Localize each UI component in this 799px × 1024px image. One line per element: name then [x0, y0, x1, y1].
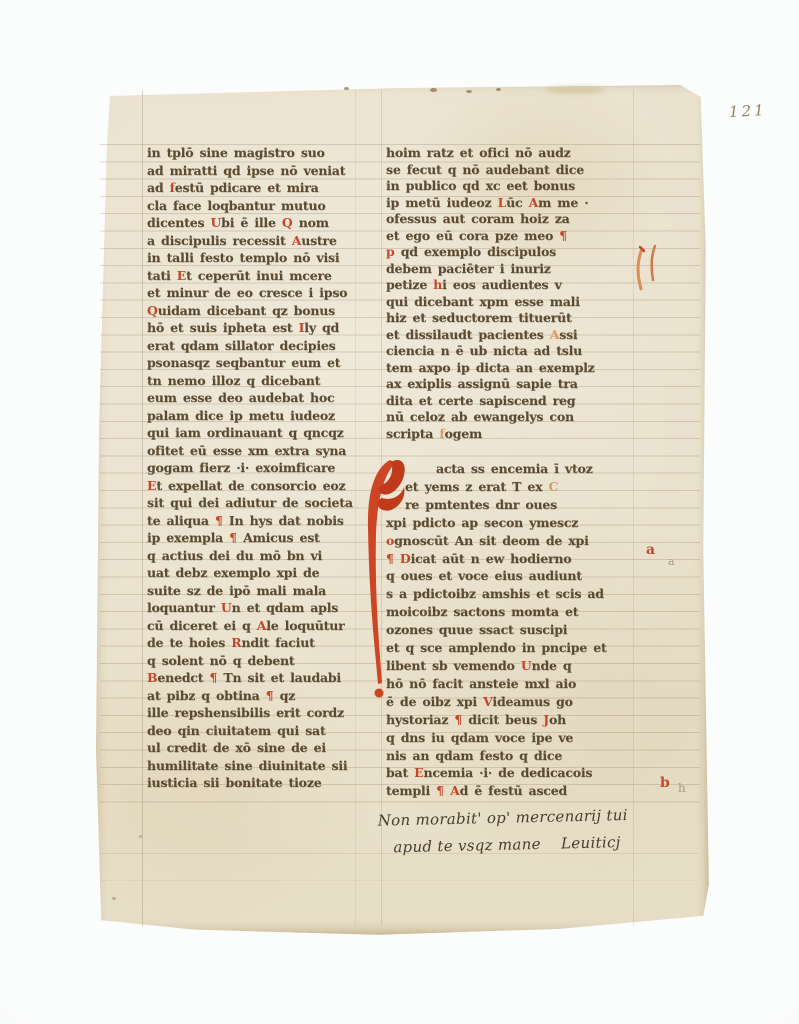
text-segment: B: [147, 670, 157, 685]
margin-paraph-icon: [633, 243, 665, 295]
edge-speck: [112, 897, 116, 900]
text-segment: t ceperūt inui mcere: [186, 268, 332, 283]
text-segment: ip exempla: [147, 530, 229, 545]
illuminated-initial-f-icon: [357, 452, 409, 704]
text-segment: enedct: [157, 670, 209, 685]
manuscript-line: ofitet eū esse xm extra syna: [147, 442, 379, 460]
manuscript-line: ciencia n ē ub nicta ad tslu: [386, 343, 638, 360]
text-segment: psonasqz seqbantur eum et: [147, 355, 340, 370]
text-segment: ¶: [215, 513, 223, 528]
text-segment: ax exiplis assignū sapie tra: [386, 376, 578, 391]
text-segment: xpi pdicto ap secon ymescz: [386, 515, 578, 530]
manuscript-line: scripta fogem: [386, 426, 638, 443]
text-segment: n et qdam apls: [232, 600, 339, 615]
text-segment: tn nemo illoz q dicebant: [147, 373, 320, 388]
text-segment: templi: [386, 783, 436, 798]
manuscript-line: deo qin ciuitatem qui sat: [147, 722, 379, 740]
text-segment: C: [549, 479, 559, 494]
manuscript-line: dita et certe sapiscend reg: [386, 393, 638, 410]
manuscript-line: se fecut q nō audebant dice: [386, 162, 638, 179]
text-segment: bat: [386, 765, 414, 780]
text-segment: deo qin ciuitatem qui sat: [147, 723, 326, 738]
edge-stain: [545, 86, 605, 94]
text-segment: hō nō facit ansteie mxl aio: [386, 676, 576, 691]
manuscript-line: et q sce amplendo in pncipe et: [386, 639, 638, 657]
manuscript-line: et dissilaudt pacientes Assi: [386, 327, 638, 344]
manuscript-line: ille repshensibilis erit cordz: [147, 704, 379, 722]
text-segment: debem paciēter i inuriz: [386, 261, 551, 276]
manuscript-line: re pmtentes dnr oues: [405, 496, 638, 514]
manuscript-line: psonasqz seqbantur eum et: [147, 354, 379, 372]
manuscript-line: q dns iu qdam voce ipe ve: [386, 729, 638, 747]
manuscript-line: sit qui dei adiutur de societa: [147, 494, 379, 512]
margin-letter-b-faint: h: [678, 781, 686, 795]
text-segment: qd exemplo discipulos: [395, 244, 556, 259]
left-margin-ruling: [142, 90, 143, 926]
text-segment: re pmtentes dnr oues: [405, 497, 557, 512]
manuscript-line: ad miratti qd ipse nō veniat: [147, 162, 379, 180]
text-segment: t expellat de consorcio eoz: [156, 478, 345, 493]
manuscript-line: libent sb vemendo Unde q: [386, 657, 638, 675]
text-segment: hystoriaz: [386, 712, 454, 727]
text-segment: bi ē ille: [221, 215, 282, 230]
text-segment: d ē festū asced: [460, 783, 567, 798]
text-segment: se fecut q nō audebant dice: [386, 162, 584, 177]
manuscript-line: qui iam ordinauant q qncqz: [147, 424, 379, 442]
text-segment: ad: [147, 180, 170, 195]
text-segment: humilitate sine diuinitate sii: [147, 758, 347, 773]
manuscript-line: ozones quue ssact suscipi: [386, 621, 638, 639]
manuscript-line: ip exempla ¶ Amicus est: [147, 529, 379, 547]
text-segment: cū diceret ei q: [147, 618, 257, 633]
manuscript-line: acta ss encemia ī vtoz: [436, 460, 638, 478]
text-segment: U: [521, 658, 532, 673]
text-segment: in talli festo templo nō visi: [147, 250, 339, 265]
text-segment: ideamus go: [492, 694, 572, 709]
manuscript-line: dicentes Ubi ē ille Q nom: [147, 214, 379, 232]
manuscript-line: q solent nō q debent: [147, 652, 379, 670]
manuscript-line: ofessus aut coram hoiz za: [386, 211, 638, 228]
manuscript-line: ip metū iudeoz Lūc Am me ·: [386, 195, 638, 212]
text-segment: le loquūtur: [266, 618, 344, 633]
text-segment: q solent nō q debent: [147, 653, 295, 668]
text-segment: U: [210, 215, 221, 230]
right-text-column-upper: hoim ratz et ofici nō audzse fecut q nō …: [386, 145, 638, 442]
manuscript-line: nis an qdam festo q dice: [386, 747, 638, 765]
text-segment: V: [483, 694, 492, 709]
manuscript-line: et minur de eo cresce i ipso: [147, 284, 379, 302]
manuscript-line: q oues et voce eius audiunt: [386, 567, 638, 585]
text-segment: q dns iu qdam voce ipe ve: [386, 730, 573, 745]
lower-frame-ruling-2: [100, 880, 698, 881]
text-segment: hoim ratz et ofici nō audz: [386, 145, 571, 160]
text-segment: A: [550, 327, 560, 342]
manuscript-line: et ego eū cora pze meo ¶: [386, 228, 638, 245]
text-segment: hiz et seductorem tituerūt: [386, 310, 572, 325]
text-segment: icat aūt n ew hodierno: [411, 551, 572, 566]
margin-letter-b: b: [660, 775, 670, 791]
manuscript-line: nū celoz ab ewangelys con: [386, 409, 638, 426]
text-segment: q actius dei du mō bn vi: [147, 548, 322, 563]
manuscript-line: humilitate sine diuinitate sii: [147, 757, 379, 775]
text-segment: te aliqua: [147, 513, 215, 528]
text-segment: E: [177, 268, 186, 283]
manuscript-line: hō et suis ipheta est Ily qd: [147, 319, 379, 337]
text-segment: ūc: [506, 195, 528, 210]
text-segment: L: [498, 195, 507, 210]
text-segment: ssi: [559, 327, 577, 342]
text-segment: ille repshensibilis erit cordz: [147, 705, 344, 720]
manuscript-line: p qd exemplo discipulos: [386, 244, 638, 261]
text-segment: ip metū iudeoz: [386, 195, 498, 210]
text-segment: hō et suis ipheta est: [147, 320, 299, 335]
margin-letter-a-faint: a: [668, 555, 675, 568]
text-segment: ¶: [454, 712, 462, 727]
text-segment: In hys dat nobis: [223, 513, 344, 528]
text-segment: A: [257, 618, 267, 633]
manuscript-line: tati Et ceperūt inui mcere: [147, 267, 379, 285]
manuscript-line: gogam fierz ·i· exoimficare: [147, 459, 379, 477]
manuscript-line: eum esse deo audebat hoc: [147, 389, 379, 407]
text-segment: moicoibz sactons momta et: [386, 604, 578, 619]
text-segment: ustre: [301, 233, 336, 248]
manuscript-line: debem paciēter i inuriz: [386, 261, 638, 278]
manuscript-line: xpi pdicto ap secon ymescz: [386, 514, 638, 532]
right-text-column-lower: acta ss encemia ī vtozet yems z erat T e…: [386, 460, 638, 800]
text-segment: et minur de eo cresce i ipso: [147, 285, 347, 300]
text-segment: E: [147, 478, 156, 493]
text-segment: ozones quue ssact suscipi: [386, 622, 567, 637]
manuscript-line: qui dicebant xpm esse mali: [386, 294, 638, 311]
text-segment: et yems z erat T ex: [405, 479, 549, 494]
manuscript-line: ¶ Dicat aūt n ew hodierno: [386, 550, 638, 568]
edge-speck: [466, 90, 472, 93]
manuscript-line: templi ¶ Ad ē festū asced: [386, 782, 638, 800]
text-segment: A: [450, 783, 460, 798]
edge-speck: [139, 835, 142, 838]
text-segment: i eos audientes v: [442, 277, 561, 292]
margin-letter-a: a: [646, 542, 655, 558]
manuscript-line: s a pdictoibz amshis et scis ad: [386, 585, 638, 603]
text-segment: ul credit de xō sine de ei: [147, 740, 326, 755]
manuscript-line: suite sz de ipō mali mala: [147, 582, 379, 600]
manuscript-line: at pibz q obtina ¶ qz: [147, 687, 379, 705]
manuscript-line: ognoscūt An sit deom de xpi: [386, 532, 638, 550]
footer-note: Non morabit' op' mercenarij tui apud te …: [377, 800, 698, 861]
text-segment: petize: [386, 277, 433, 292]
edge-speck: [496, 88, 501, 91]
text-segment: dita et certe sapiscend reg: [386, 393, 575, 408]
text-segment: h: [433, 277, 442, 292]
manuscript-line: hystoriaz ¶ dicit beus Joh: [386, 711, 638, 729]
text-segment: erat qdam sillator decipies: [147, 338, 336, 353]
manuscript-line: tn nemo illoz q dicebant: [147, 372, 379, 390]
manuscript-line: hiz et seductorem tituerūt: [386, 310, 638, 327]
text-segment: m me ·: [538, 195, 588, 210]
manuscript-line: erat qdam sillator decipies: [147, 337, 379, 355]
text-segment: R: [231, 635, 241, 650]
manuscript-line: ad festū pdicare et mira: [147, 179, 379, 197]
text-segment: E: [414, 765, 423, 780]
text-segment: ¶: [436, 783, 444, 798]
manuscript-line: bat Encemia ·i· de dedicacois: [386, 764, 638, 782]
manuscript-line: cla face loqbantur mutuo: [147, 197, 379, 215]
manuscript-line: palam dice ip metu iudeoz: [147, 407, 379, 425]
manuscript-line: q actius dei du mō bn vi: [147, 547, 379, 565]
text-segment: de te hoies: [147, 635, 231, 650]
text-segment: qui iam ordinauant q qncqz: [147, 425, 344, 440]
manuscript-line: ax exiplis assignū sapie tra: [386, 376, 638, 393]
text-segment: U: [221, 600, 232, 615]
manuscript-line: loquantur Un et qdam apls: [147, 599, 379, 617]
manuscript-line: cū diceret ei q Ale loquūtur: [147, 617, 379, 635]
text-segment: uat debz exemplo xpi de: [147, 565, 319, 580]
text-segment: A: [292, 233, 302, 248]
text-segment: nom: [293, 215, 329, 230]
manuscript-line: tem axpo ip dicta an exemplz: [386, 360, 638, 377]
text-segment: estū pdicare et mira: [175, 180, 319, 195]
manuscript-line: te aliqua ¶ In hys dat nobis: [147, 512, 379, 530]
text-segment: ofessus aut coram hoiz za: [386, 211, 570, 226]
text-segment: ncemia ·i· de dedicacois: [424, 765, 593, 780]
photo-background: { "manuscript": { "folio_number": "121",…: [0, 0, 799, 1024]
text-segment: sit qui dei adiutur de societa: [147, 495, 353, 510]
manuscript-line: Et expellat de consorcio eoz: [147, 477, 379, 495]
manuscript-line: iusticia sii bonitate tioze: [147, 774, 379, 792]
text-segment: Q: [282, 215, 293, 230]
manuscript-line: in talli festo templo nō visi: [147, 249, 379, 267]
text-segment: qz: [274, 688, 296, 703]
text-segment: a discipulis recessit: [147, 233, 292, 248]
manuscript-line: uat debz exemplo xpi de: [147, 564, 379, 582]
text-segment: nis an qdam festo q dice: [386, 748, 562, 763]
folio-number: 121: [729, 101, 768, 121]
text-segment: ciencia n ē ub nicta ad tslu: [386, 343, 582, 358]
text-segment: oh: [549, 712, 566, 727]
text-segment: et q sce amplendo in pncipe et: [386, 640, 607, 655]
text-segment: gnoscūt An sit deom de xpi: [394, 533, 588, 548]
text-segment: et dissilaudt pacientes: [386, 327, 550, 342]
manuscript-line: moicoibz sactons momta et: [386, 603, 638, 621]
manuscript-line: ul credit de xō sine de ei: [147, 739, 379, 757]
manuscript-line: in tplō sine magistro suo: [147, 144, 379, 162]
text-segment: scripta: [386, 426, 439, 441]
manuscript-line: et yems z erat T ex C: [405, 478, 638, 496]
text-segment: in publico qd xc eet bonus: [386, 178, 575, 193]
text-segment: ad miratti qd ipse nō veniat: [147, 163, 345, 178]
manuscript-line: Benedct ¶ Tn sit et laudabi: [147, 669, 379, 687]
text-segment: nde q: [532, 658, 572, 673]
text-segment: ogem: [445, 426, 482, 441]
text-segment: iusticia sii bonitate tioze: [147, 775, 321, 790]
text-segment: acta ss encemia ī vtoz: [436, 461, 593, 476]
text-segment: Q: [147, 303, 158, 318]
text-segment: s a pdictoibz amshis et scis ad: [386, 586, 604, 601]
text-segment: ndit faciut: [241, 635, 314, 650]
text-segment: dicentes: [147, 215, 210, 230]
text-segment: palam dice ip metu iudeoz: [147, 408, 335, 423]
text-segment: q oues et voce eius audiunt: [386, 568, 582, 583]
text-segment: ¶: [266, 688, 274, 703]
text-segment: p: [386, 244, 395, 259]
text-segment: Tn sit et laudabi: [217, 670, 341, 685]
text-segment: suite sz de ipō mali mala: [147, 583, 326, 598]
text-segment: Amicus est: [237, 530, 320, 545]
manuscript-line: Quidam dicebant qz bonus: [147, 302, 379, 320]
manuscript-line: ē de oibz xpi Videamus go: [386, 693, 638, 711]
text-segment: nū celoz ab ewangelys con: [386, 409, 574, 424]
text-segment: ofitet eū esse xm extra syna: [147, 443, 346, 458]
text-segment: at pibz q obtina: [147, 688, 266, 703]
text-segment: dicit beus: [462, 712, 543, 727]
text-segment: tem axpo ip dicta an exemplz: [386, 360, 595, 375]
manuscript-line: hoim ratz et ofici nō audz: [386, 145, 638, 162]
manuscript-line: de te hoies Rndit faciut: [147, 634, 379, 652]
manuscript-line: petize hi eos audientes v: [386, 277, 638, 294]
text-segment: gogam fierz ·i· exoimficare: [147, 460, 335, 475]
edge-speck: [344, 87, 349, 90]
text-segment: qui dicebant xpm esse mali: [386, 294, 580, 309]
text-segment: cla face loqbantur mutuo: [147, 198, 325, 213]
text-segment: ly qd: [304, 320, 339, 335]
text-segment: ¶: [229, 530, 237, 545]
text-segment: eum esse deo audebat hoc: [147, 390, 334, 405]
text-segment: tati: [147, 268, 177, 283]
manuscript-line: hō nō facit ansteie mxl aio: [386, 675, 638, 693]
text-segment: loquantur: [147, 600, 221, 615]
text-segment: ¶: [559, 228, 567, 243]
text-segment: in tplō sine magistro suo: [147, 145, 325, 160]
text-segment: et ego eū cora pze meo: [386, 228, 559, 243]
text-segment: A: [529, 195, 539, 210]
manuscript-line: in publico qd xc eet bonus: [386, 178, 638, 195]
manuscript-line: a discipulis recessit Austre: [147, 232, 379, 250]
left-text-column: in tplō sine magistro suoad miratti qd i…: [147, 144, 379, 792]
edge-speck: [430, 88, 437, 92]
text-segment: uidam dicebant qz bonus: [158, 303, 335, 318]
